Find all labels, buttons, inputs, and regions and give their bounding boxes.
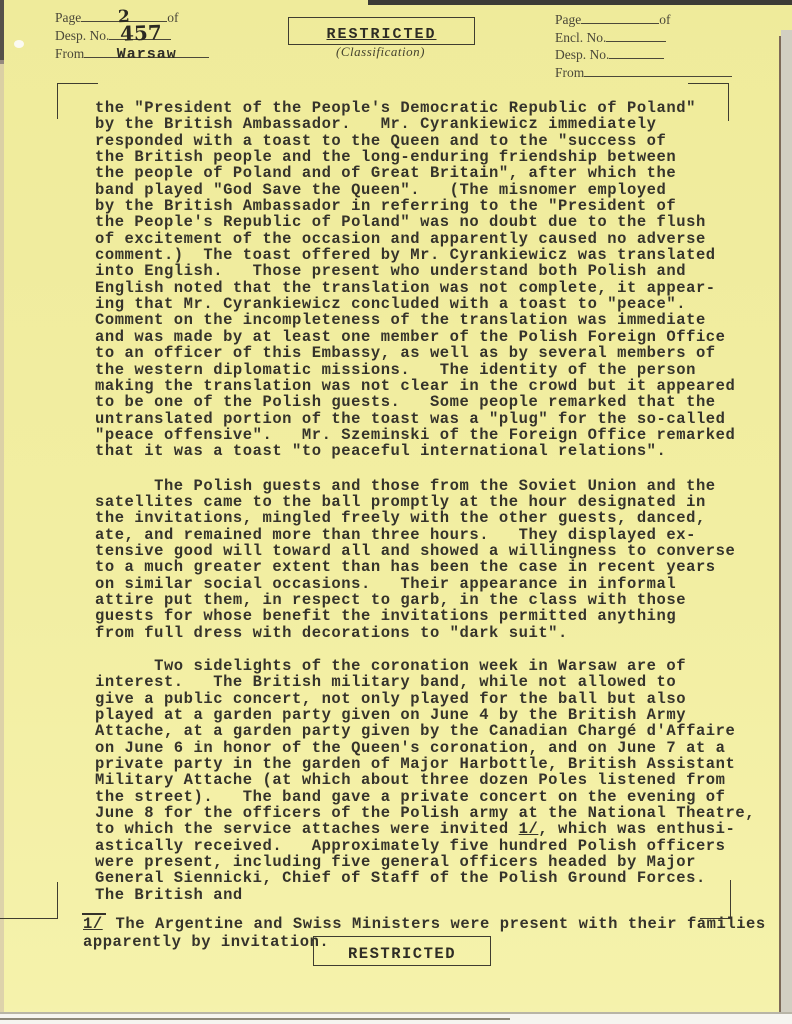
- text-line: June 8 for the officers of the Polish ar…: [95, 805, 755, 821]
- text-line: were present, including five general off…: [95, 854, 755, 870]
- header-right-from-row: From: [555, 64, 732, 82]
- text-line: to be one of the Polish guests. Some peo…: [95, 394, 755, 410]
- text-line: played at a garden party given on June 4…: [95, 707, 755, 723]
- page-label: Page: [555, 12, 581, 27]
- scan-edge-right: [781, 30, 792, 1012]
- text-line: private party in the garden of Major Har…: [95, 756, 755, 772]
- text-line: Attache, at a garden party given by the …: [95, 723, 755, 739]
- page-label: Page: [55, 10, 81, 25]
- document-body: the "President of the People's Democrati…: [95, 100, 755, 903]
- text-line: General Siennicki, Chief of Staff of the…: [95, 870, 755, 886]
- desp-no-label: Desp. No.: [555, 47, 609, 62]
- scan-edge-left: [0, 60, 4, 1012]
- from-blank-line: [584, 64, 732, 77]
- paragraph: Two sidelights of the coronation week in…: [95, 658, 755, 903]
- text-line: Two sidelights of the coronation week in…: [95, 658, 755, 674]
- text-line: ing that Mr. Cyrankiewicz concluded with…: [95, 296, 755, 312]
- frame-corner-bottom-left: [0, 882, 58, 919]
- text-line: the western diplomatic missions. The ide…: [95, 362, 755, 378]
- paragraph: the "President of the People's Democrati…: [95, 100, 755, 460]
- text-line: that it was a toast "to peaceful interna…: [95, 443, 755, 459]
- from-line: Warsaw: [84, 45, 209, 58]
- text-line: from full dress with decorations to "dar…: [95, 625, 755, 641]
- text-line: interest. The British military band, whi…: [95, 674, 755, 690]
- text-line: "peace offensive". Mr. Szeminski of the …: [95, 427, 755, 443]
- scanned-document-page: Page2of Desp. No.457 FromWarsaw RESTRICT…: [0, 0, 792, 1024]
- of-label: of: [167, 10, 178, 25]
- text-line: the people of Poland and of Great Britai…: [95, 165, 755, 181]
- desp-blank-line: [609, 46, 664, 59]
- classification-stamp-bottom-box: RESTRICTED: [313, 936, 491, 966]
- text-line: to which the service attaches were invit…: [95, 821, 755, 837]
- handwritten-desp-number: 457: [119, 27, 161, 38]
- classification-stamp-bottom-text: RESTRICTED: [348, 945, 456, 963]
- text-line: astically received. Approximately five h…: [95, 838, 755, 854]
- desp-no-label: Desp. No.: [55, 28, 109, 43]
- from-label: From: [55, 46, 84, 61]
- typed-from-city: Warsaw: [117, 46, 177, 63]
- text-line: comment.) The toast offered by Mr. Cyran…: [95, 247, 755, 263]
- text-line: the invitations, mingled freely with the…: [95, 510, 755, 526]
- header-left-block: Page2of Desp. No.457 FromWarsaw: [55, 9, 209, 63]
- text-line: on June 6 in honor of the Queen's corona…: [95, 740, 755, 756]
- text-line: 1/ The Argentine and Swiss Ministers wer…: [83, 916, 766, 934]
- scan-edge-top: [368, 0, 792, 5]
- text-line: ate, and remained more than three hours.…: [95, 527, 755, 543]
- paragraph: The Polish guests and those from the Sov…: [95, 478, 755, 641]
- scan-speck: [14, 40, 24, 48]
- text-line: the People's Republic of Poland" was no …: [95, 214, 755, 230]
- text-line: by the British Ambassador. Mr. Cyrankiew…: [95, 116, 755, 132]
- text-line: attire put them, in respect to garb, in …: [95, 592, 755, 608]
- classification-stamp-text: RESTRICTED: [326, 26, 436, 43]
- page-blank-line: [581, 11, 659, 24]
- text-line: Military Attache (at which about three d…: [95, 772, 755, 788]
- text-line: English noted that the translation was n…: [95, 280, 755, 296]
- header-right-block: Pageof Encl. No. Desp. No. From: [555, 11, 732, 81]
- text-line: guests for whose benefit the invitations…: [95, 608, 755, 624]
- text-line: the "President of the People's Democrati…: [95, 100, 755, 116]
- footnote-reference-marker: 1/: [519, 820, 539, 838]
- text-line: on similar social occasions. Their appea…: [95, 576, 755, 592]
- text-line: the British people and the long-enduring…: [95, 149, 755, 165]
- header-right-page-row: Pageof: [555, 11, 732, 29]
- text-line: into English. Those present who understa…: [95, 263, 755, 279]
- text-line: satellites came to the ball promptly at …: [95, 494, 755, 510]
- encl-no-label: Encl. No.: [555, 30, 606, 45]
- scan-edge-bottom-dark: [0, 1018, 510, 1020]
- text-segment: , which was enthusi-: [538, 820, 735, 838]
- header-from-row: FromWarsaw: [55, 45, 209, 63]
- text-line: and was made by at least one member of t…: [95, 329, 755, 345]
- classification-stamp-box: RESTRICTED: [288, 17, 475, 45]
- text-line: the street). The band gave a private con…: [95, 789, 755, 805]
- text-line: The British and: [95, 887, 755, 903]
- text-line: responded with a toast to the Queen and …: [95, 133, 755, 149]
- text-segment: The Argentine and Swiss Ministers were p…: [106, 915, 766, 933]
- header-right-desp-row: Desp. No.: [555, 46, 732, 64]
- header-desp-row: Desp. No.457: [55, 27, 209, 45]
- of-label: of: [659, 12, 670, 27]
- text-line: to an officer of this Embassy, as well a…: [95, 345, 755, 361]
- text-line: by the British Ambassador in referring t…: [95, 198, 755, 214]
- text-line: of excitement of the occasion and appare…: [95, 231, 755, 247]
- desp-no-line: 457: [109, 27, 171, 40]
- footnote-reference-marker: 1/: [82, 913, 106, 933]
- text-line: tensive good will toward all and showed …: [95, 543, 755, 559]
- classification-caption: (Classification): [288, 44, 473, 60]
- scan-edge-left-dark: [0, 0, 4, 64]
- text-segment: to which the service attaches were invit…: [95, 820, 519, 838]
- text-line: making the translation was not clear in …: [95, 378, 755, 394]
- text-line: give a public concert, not only played f…: [95, 691, 755, 707]
- text-line: untranslated portion of the toast was a …: [95, 411, 755, 427]
- text-line: band played "God Save the Queen". (The m…: [95, 182, 755, 198]
- header-right-encl-row: Encl. No.: [555, 29, 732, 47]
- scan-edge-right-line: [779, 36, 781, 1012]
- text-line: Comment on the incompleteness of the tra…: [95, 312, 755, 328]
- text-line: The Polish guests and those from the Sov…: [95, 478, 755, 494]
- encl-blank-line: [606, 29, 666, 42]
- frame-corner-top-left: [57, 83, 98, 119]
- text-line: to a much greater extent than has been t…: [95, 559, 755, 575]
- from-label: From: [555, 65, 584, 80]
